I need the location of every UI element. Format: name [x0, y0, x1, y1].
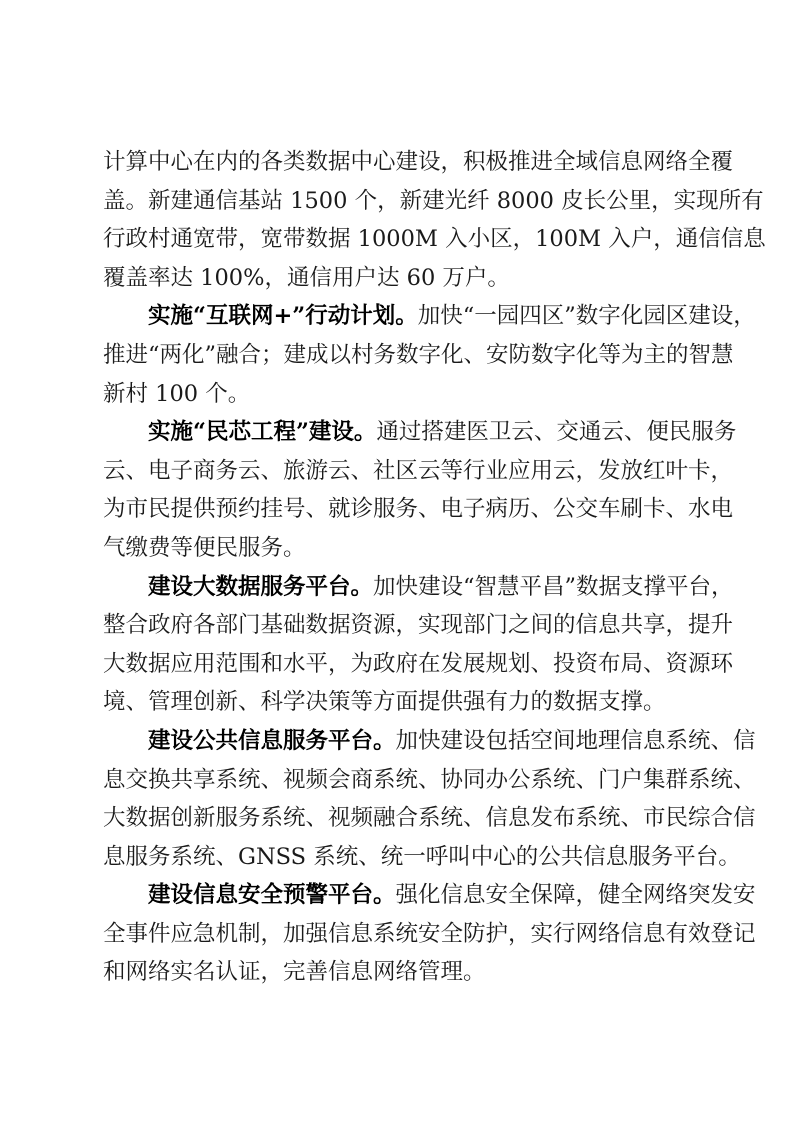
document-page: 计算中心在内的各类数据中心建设，积极推进全域信息网络全覆 盖。新建通信基站 15…: [103, 143, 693, 992]
paragraph-heading: 实施“民芯工程”建设。: [148, 419, 376, 445]
text-line: 境、管理创新、科学决策等方面提供强有力的数据支撑。: [103, 683, 693, 722]
paragraph-heading: 建设信息安全预警平台。: [148, 882, 396, 908]
text-line: 新村 100 个。: [103, 375, 693, 414]
text-run: 加快建设“智慧平昌”数据支撑平台，: [373, 574, 734, 600]
text-line: 计算中心在内的各类数据中心建设，积极推进全域信息网络全覆: [103, 143, 693, 182]
text-line-first: 建设信息安全预警平台。强化信息安全保障，健全网络突发安: [103, 876, 693, 915]
text-line: 云、电子商务云、旅游云、社区云等行业应用云，发放红叶卡，: [103, 452, 693, 491]
text-run: 加快建设包括空间地理信息系统、信: [396, 728, 756, 754]
text-line-first: 实施“民芯工程”建设。通过搭建医卫云、交通云、便民服务: [103, 413, 693, 452]
paragraph-data-center: 计算中心在内的各类数据中心建设，积极推进全域信息网络全覆 盖。新建通信基站 15…: [103, 143, 693, 297]
text-line: 息服务系统、GNSS 系统、统一呼叫中心的公共信息服务平台。: [103, 838, 693, 877]
text-line: 大数据应用范围和水平，为政府在发展规划、投资布局、资源环: [103, 645, 693, 684]
text-line: 推进“两化”融合；建成以村务数字化、安防数字化等为主的智慧: [103, 336, 693, 375]
text-line-first: 建设公共信息服务平台。加快建设包括空间地理信息系统、信: [103, 722, 693, 761]
text-line-first: 建设大数据服务平台。加快建设“智慧平昌”数据支撑平台，: [103, 568, 693, 607]
text-run: 强化信息安全保障，健全网络突发安: [396, 882, 756, 908]
text-line: 大数据创新服务系统、视频融合系统、信息发布系统、市民综合信: [103, 799, 693, 838]
text-run: 加快“一园四区”数字化园区建设，: [418, 303, 756, 329]
text-line: 盖。新建通信基站 1500 个，新建光纤 8000 皮长公里，实现所有: [103, 182, 693, 221]
text-line: 气缴费等便民服务。: [103, 529, 693, 568]
paragraph-public-info-platform: 建设公共信息服务平台。加快建设包括空间地理信息系统、信 息交换共享系统、视频会商…: [103, 722, 693, 876]
paragraph-internet-plus: 实施“互联网+”行动计划。加快“一园四区”数字化园区建设， 推进“两化”融合；建…: [103, 297, 693, 413]
text-line: 整合政府各部门基础数据资源，实现部门之间的信息共享，提升: [103, 606, 693, 645]
paragraph-heading: 实施“互联网+”行动计划。: [148, 303, 418, 329]
paragraph-big-data-platform: 建设大数据服务平台。加快建设“智慧平昌”数据支撑平台， 整合政府各部门基础数据资…: [103, 568, 693, 722]
text-line: 息交换共享系统、视频会商系统、协同办公系统、门户集群系统、: [103, 761, 693, 800]
text-line-first: 实施“互联网+”行动计划。加快“一园四区”数字化园区建设，: [103, 297, 693, 336]
text-line: 覆盖率达 100%，通信用户达 60 万户。: [103, 259, 693, 298]
text-run: 通过搭建医卫云、交通云、便民服务: [376, 419, 736, 445]
paragraph-heading: 建设大数据服务平台。: [148, 574, 373, 600]
paragraph-minxin-project: 实施“民芯工程”建设。通过搭建医卫云、交通云、便民服务 云、电子商务云、旅游云、…: [103, 413, 693, 567]
text-line: 全事件应急机制，加强信息系统安全防护，实行网络信息有效登记: [103, 915, 693, 954]
text-line: 和网络实名认证，完善信息网络管理。: [103, 953, 693, 992]
paragraph-security-platform: 建设信息安全预警平台。强化信息安全保障，健全网络突发安 全事件应急机制，加强信息…: [103, 876, 693, 992]
text-line: 为市民提供预约挂号、就诊服务、电子病历、公交车刷卡、水电: [103, 490, 693, 529]
paragraph-heading: 建设公共信息服务平台。: [148, 728, 396, 754]
text-line: 行政村通宽带，宽带数据 1000M 入小区，100M 入户，通信信息: [103, 220, 693, 259]
